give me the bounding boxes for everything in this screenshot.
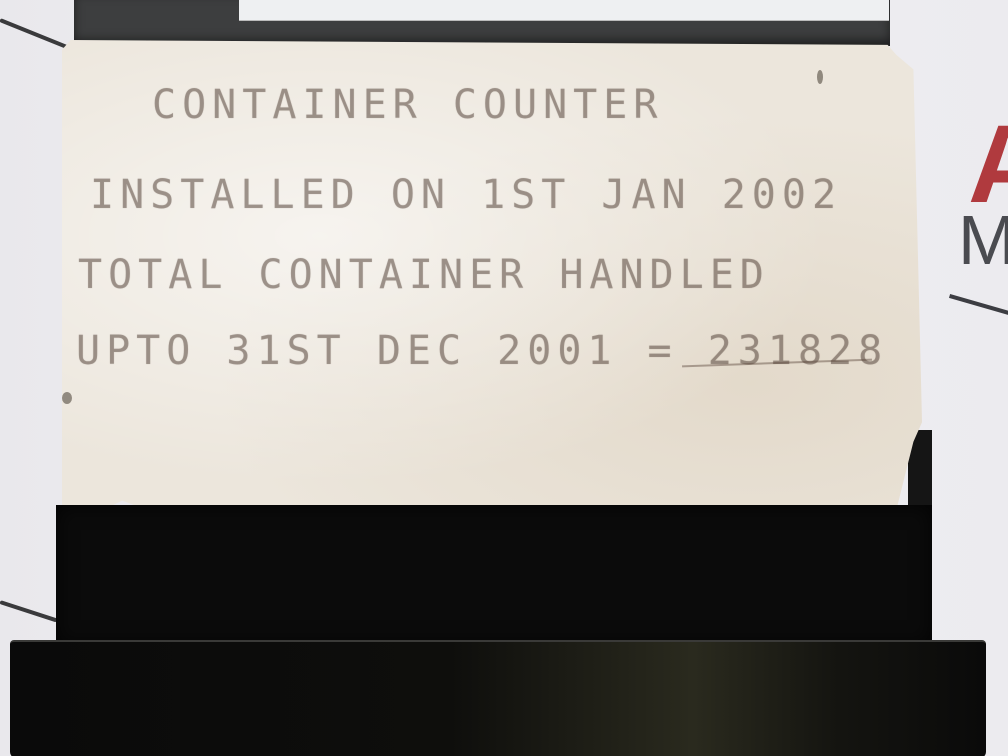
wall-logo-underline: [949, 294, 1008, 320]
stain-mark: [62, 392, 72, 404]
label-line-title: CONTAINER COUNTER: [152, 82, 1008, 128]
wall-logo-letter-m: M: [958, 205, 1008, 275]
display-window: [239, 0, 889, 21]
device-housing-body: [56, 505, 932, 645]
cable: [0, 600, 58, 622]
label-line-installed: INSTALLED ON 1ST JAN 2002: [90, 172, 950, 218]
stain-mark: [817, 70, 823, 84]
label-line-total: TOTAL CONTAINER HANDLED: [78, 252, 938, 298]
label-line-count: UPTO 31ST DEC 2001 = 231828: [76, 328, 936, 374]
device-base: [10, 640, 986, 756]
device-housing-top: [74, 0, 890, 46]
handwritten-label: CONTAINER COUNTER INSTALLED ON 1ST JAN 2…: [62, 40, 922, 530]
